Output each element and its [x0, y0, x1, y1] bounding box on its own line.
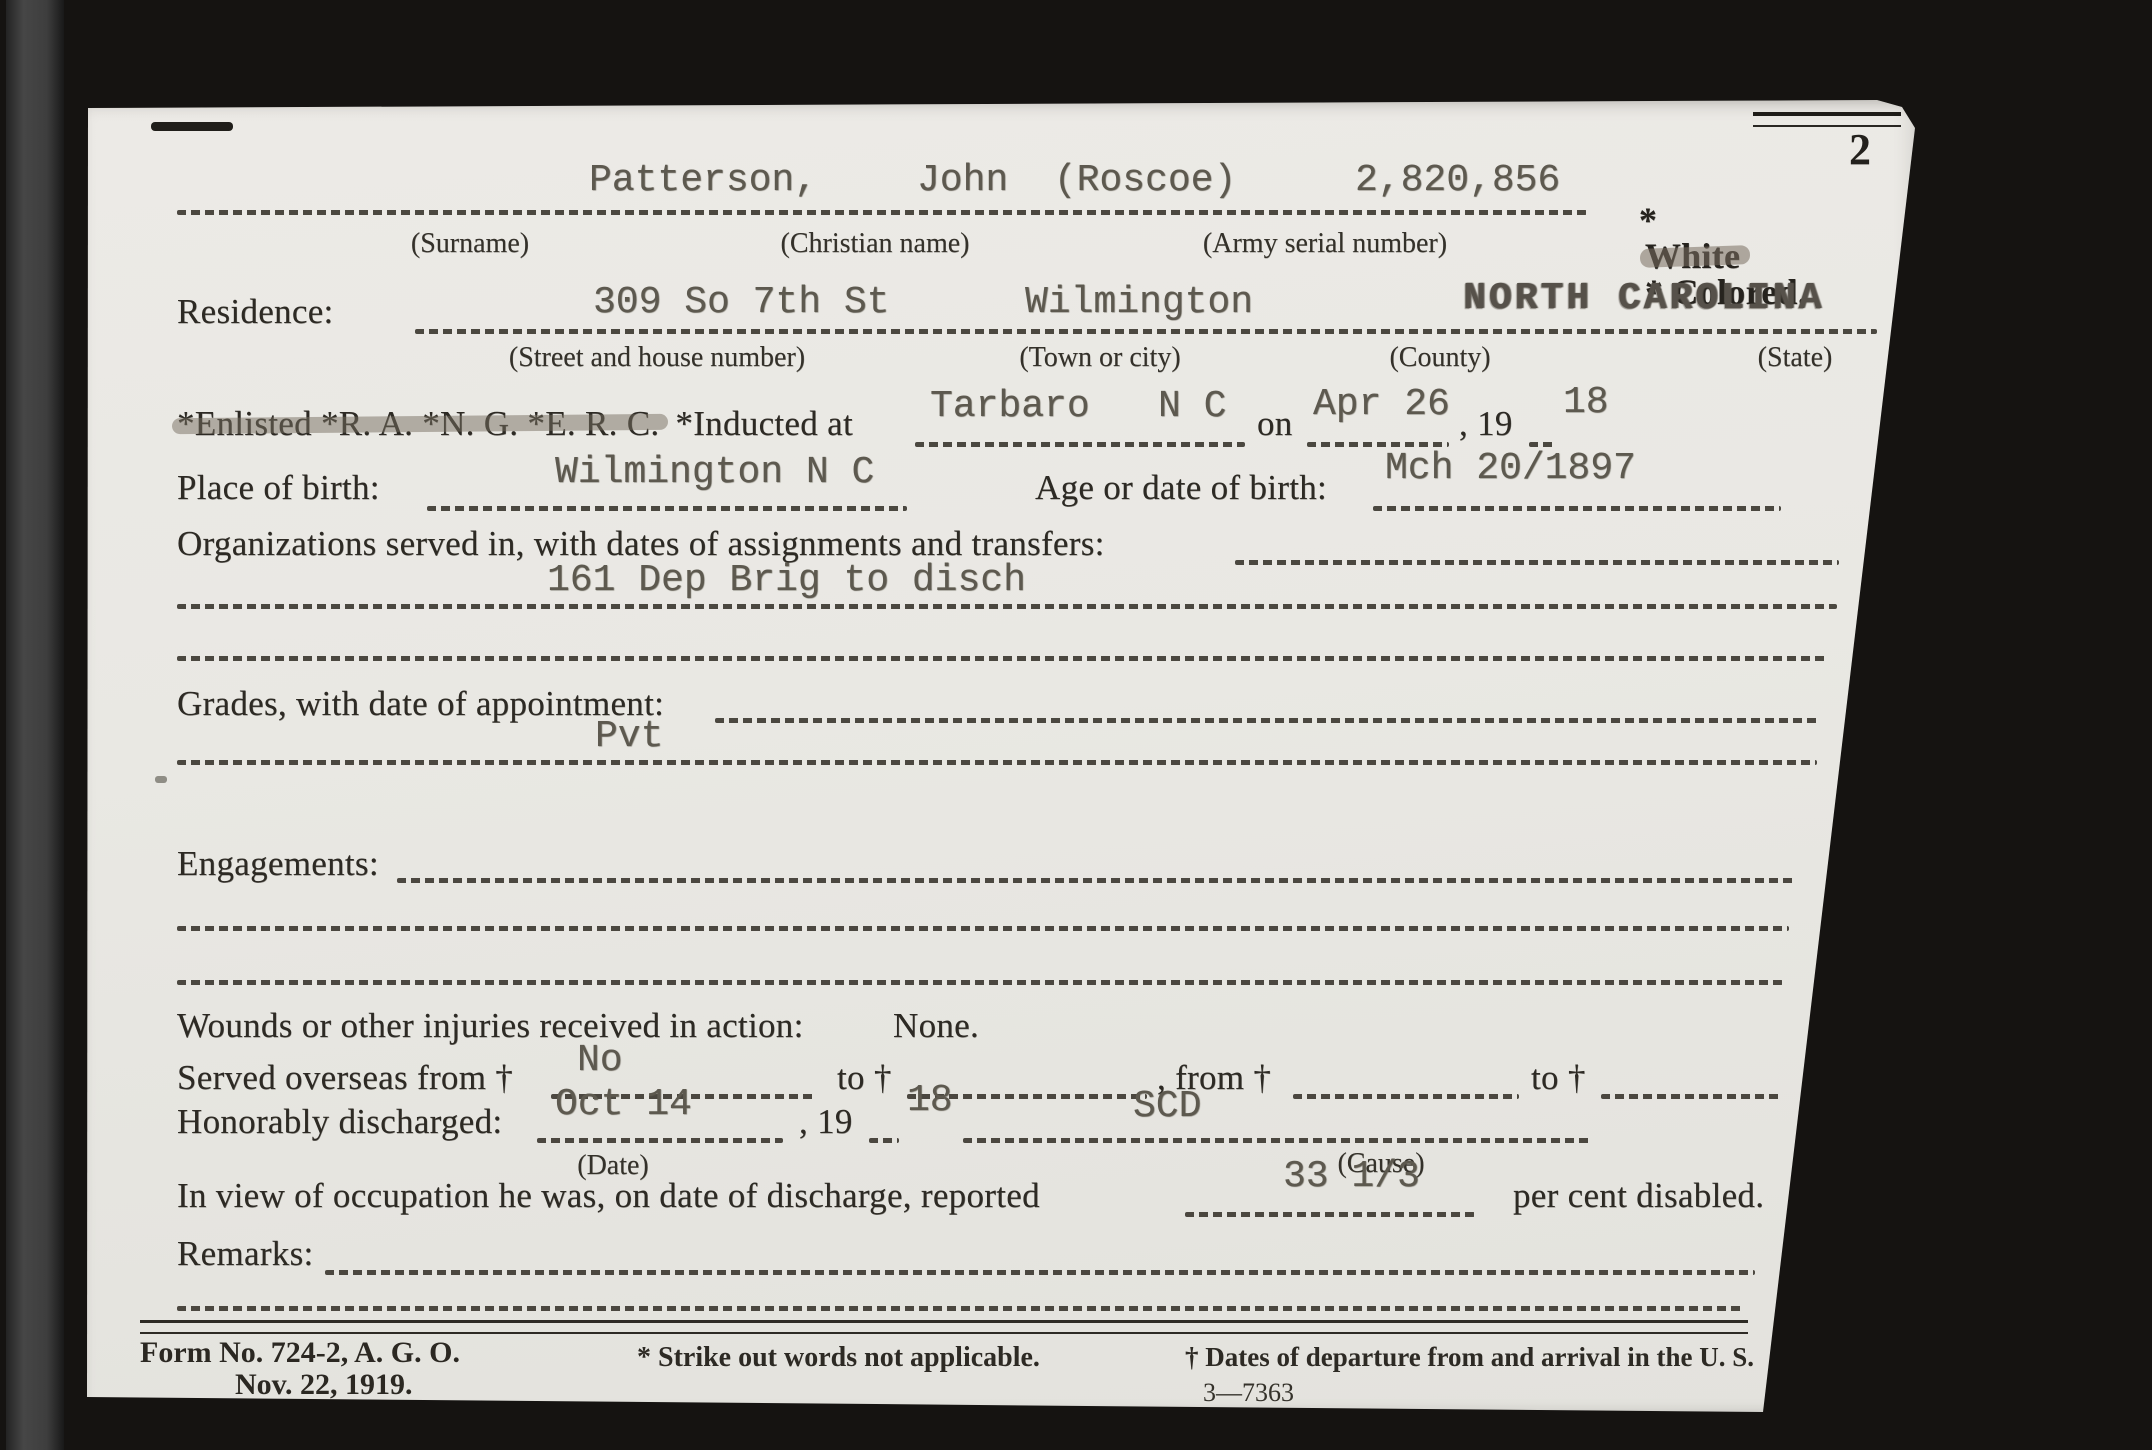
background-left-band — [6, 0, 64, 1450]
christian-name-typed: John (Roscoe) — [917, 162, 1236, 200]
discharge-year-prefix: , 19 — [799, 1104, 853, 1139]
town-label: (Town or city) — [1019, 344, 1180, 372]
overseas-from-typed: No — [577, 1042, 623, 1080]
discharge-date-typed: Oct 14 — [555, 1086, 692, 1124]
page-number: 2 — [1849, 128, 1871, 172]
grades-label: Grades, with date of appointment: — [177, 686, 664, 721]
induction-line-text: *Enlisted *R. A. *N. G. *E. R. C.*Induct… — [177, 406, 853, 441]
state-label: (State) — [1758, 344, 1833, 372]
dotted-line — [1185, 1212, 1475, 1217]
print-code: 3—7363 — [1203, 1380, 1294, 1406]
organizations-label: Organizations served in, with dates of a… — [177, 526, 1105, 561]
dotted-line — [915, 442, 1245, 447]
age-label: Age or date of birth: — [1035, 470, 1327, 505]
dotted-line — [177, 656, 1829, 661]
disability-suffix: per cent disabled. — [1513, 1178, 1764, 1213]
race-white-struck: White — [1645, 238, 1741, 274]
overseas-to1-label: to † — [837, 1060, 892, 1095]
county-label: (County) — [1389, 344, 1490, 372]
dotted-line — [427, 506, 907, 511]
dotted-line — [177, 210, 1587, 215]
dotted-line — [537, 1138, 783, 1143]
serial-number-label: (Army serial number) — [1203, 230, 1447, 258]
dotted-line — [869, 1138, 899, 1143]
wounds-value: None. — [893, 1008, 979, 1043]
induction-year-typed: 18 — [1563, 384, 1609, 422]
inducted-at-label: *Inducted at — [675, 404, 853, 443]
scan-background: 2 Patterson, John (Roscoe) 2,820,856 * W… — [0, 0, 2152, 1450]
birth-place-typed: Wilmington N C — [555, 454, 874, 492]
strike-out-note: * Strike out words not applicable. — [637, 1344, 1040, 1372]
town-typed: Wilmington — [1025, 284, 1253, 322]
footer-rule — [140, 1320, 1748, 1334]
remarks-label: Remarks: — [177, 1236, 314, 1271]
dotted-line — [1601, 1094, 1783, 1099]
dotted-line — [177, 760, 1817, 765]
state-typed: NORTH CAROLINA — [1463, 280, 1824, 318]
street-label: (Street and house number) — [509, 344, 805, 372]
discharge-cause-typed: SCD — [1133, 1088, 1201, 1126]
disability-value-typed: 33 1/3 — [1283, 1158, 1420, 1196]
overseas-to2-label: to † — [1531, 1060, 1586, 1095]
surname-label: (Surname) — [411, 230, 529, 258]
overseas-label: Served overseas from † — [177, 1060, 513, 1095]
form-number: Form No. 724-2, A. G. O. — [140, 1338, 460, 1368]
disability-label: In view of occupation he was, on date of… — [177, 1178, 1040, 1213]
engagements-label: Engagements: — [177, 846, 379, 881]
dotted-line — [177, 980, 1783, 985]
christian-name-label: (Christian name) — [781, 230, 970, 258]
dagger-note: † Dates of departure from and arrival in… — [1185, 1344, 1754, 1371]
struck-service-options: *Enlisted *R. A. *N. G. *E. R. C. — [177, 406, 659, 441]
dotted-line — [325, 1270, 1755, 1275]
page-corner-rule — [1753, 112, 1901, 127]
street-typed: 309 So 7th St — [593, 284, 889, 322]
induction-place-typed: Tarbaro N C — [930, 388, 1226, 426]
dotted-line — [715, 718, 1819, 723]
dotted-line — [1293, 1094, 1519, 1099]
dotted-line — [1235, 560, 1839, 565]
induction-date-typed: Apr 26 — [1313, 386, 1450, 424]
discharged-label: Honorably discharged: — [177, 1104, 502, 1139]
stray-mark — [155, 776, 167, 783]
form-date: Nov. 22, 1919. — [235, 1370, 413, 1400]
dotted-line — [177, 604, 1837, 609]
on-label: on — [1257, 406, 1293, 441]
serial-number-typed: 2,820,856 — [1355, 162, 1560, 200]
dotted-line — [1373, 506, 1781, 511]
dotted-line — [397, 878, 1797, 883]
dotted-line — [177, 926, 1789, 931]
record-card: 2 Patterson, John (Roscoe) 2,820,856 * W… — [85, 98, 1921, 1416]
surname-typed: Patterson, — [589, 162, 817, 200]
residence-label: Residence: — [177, 294, 334, 329]
wounds-label: Wounds or other injuries received in act… — [177, 1008, 804, 1043]
dotted-line — [177, 1306, 1743, 1311]
dotted-line — [415, 329, 1877, 334]
organizations-typed: 161 Dep Brig to disch — [547, 562, 1026, 600]
birth-place-label: Place of birth: — [177, 470, 380, 505]
discharge-year-typed: 18 — [907, 1082, 953, 1120]
birth-date-typed: Mch 20/1897 — [1385, 450, 1636, 488]
dotted-line — [963, 1138, 1591, 1143]
race-star: * — [1639, 200, 1657, 240]
year-prefix: , 19 — [1459, 406, 1513, 441]
corner-dash-mark — [151, 122, 233, 131]
grade-typed: Pvt — [595, 718, 663, 756]
